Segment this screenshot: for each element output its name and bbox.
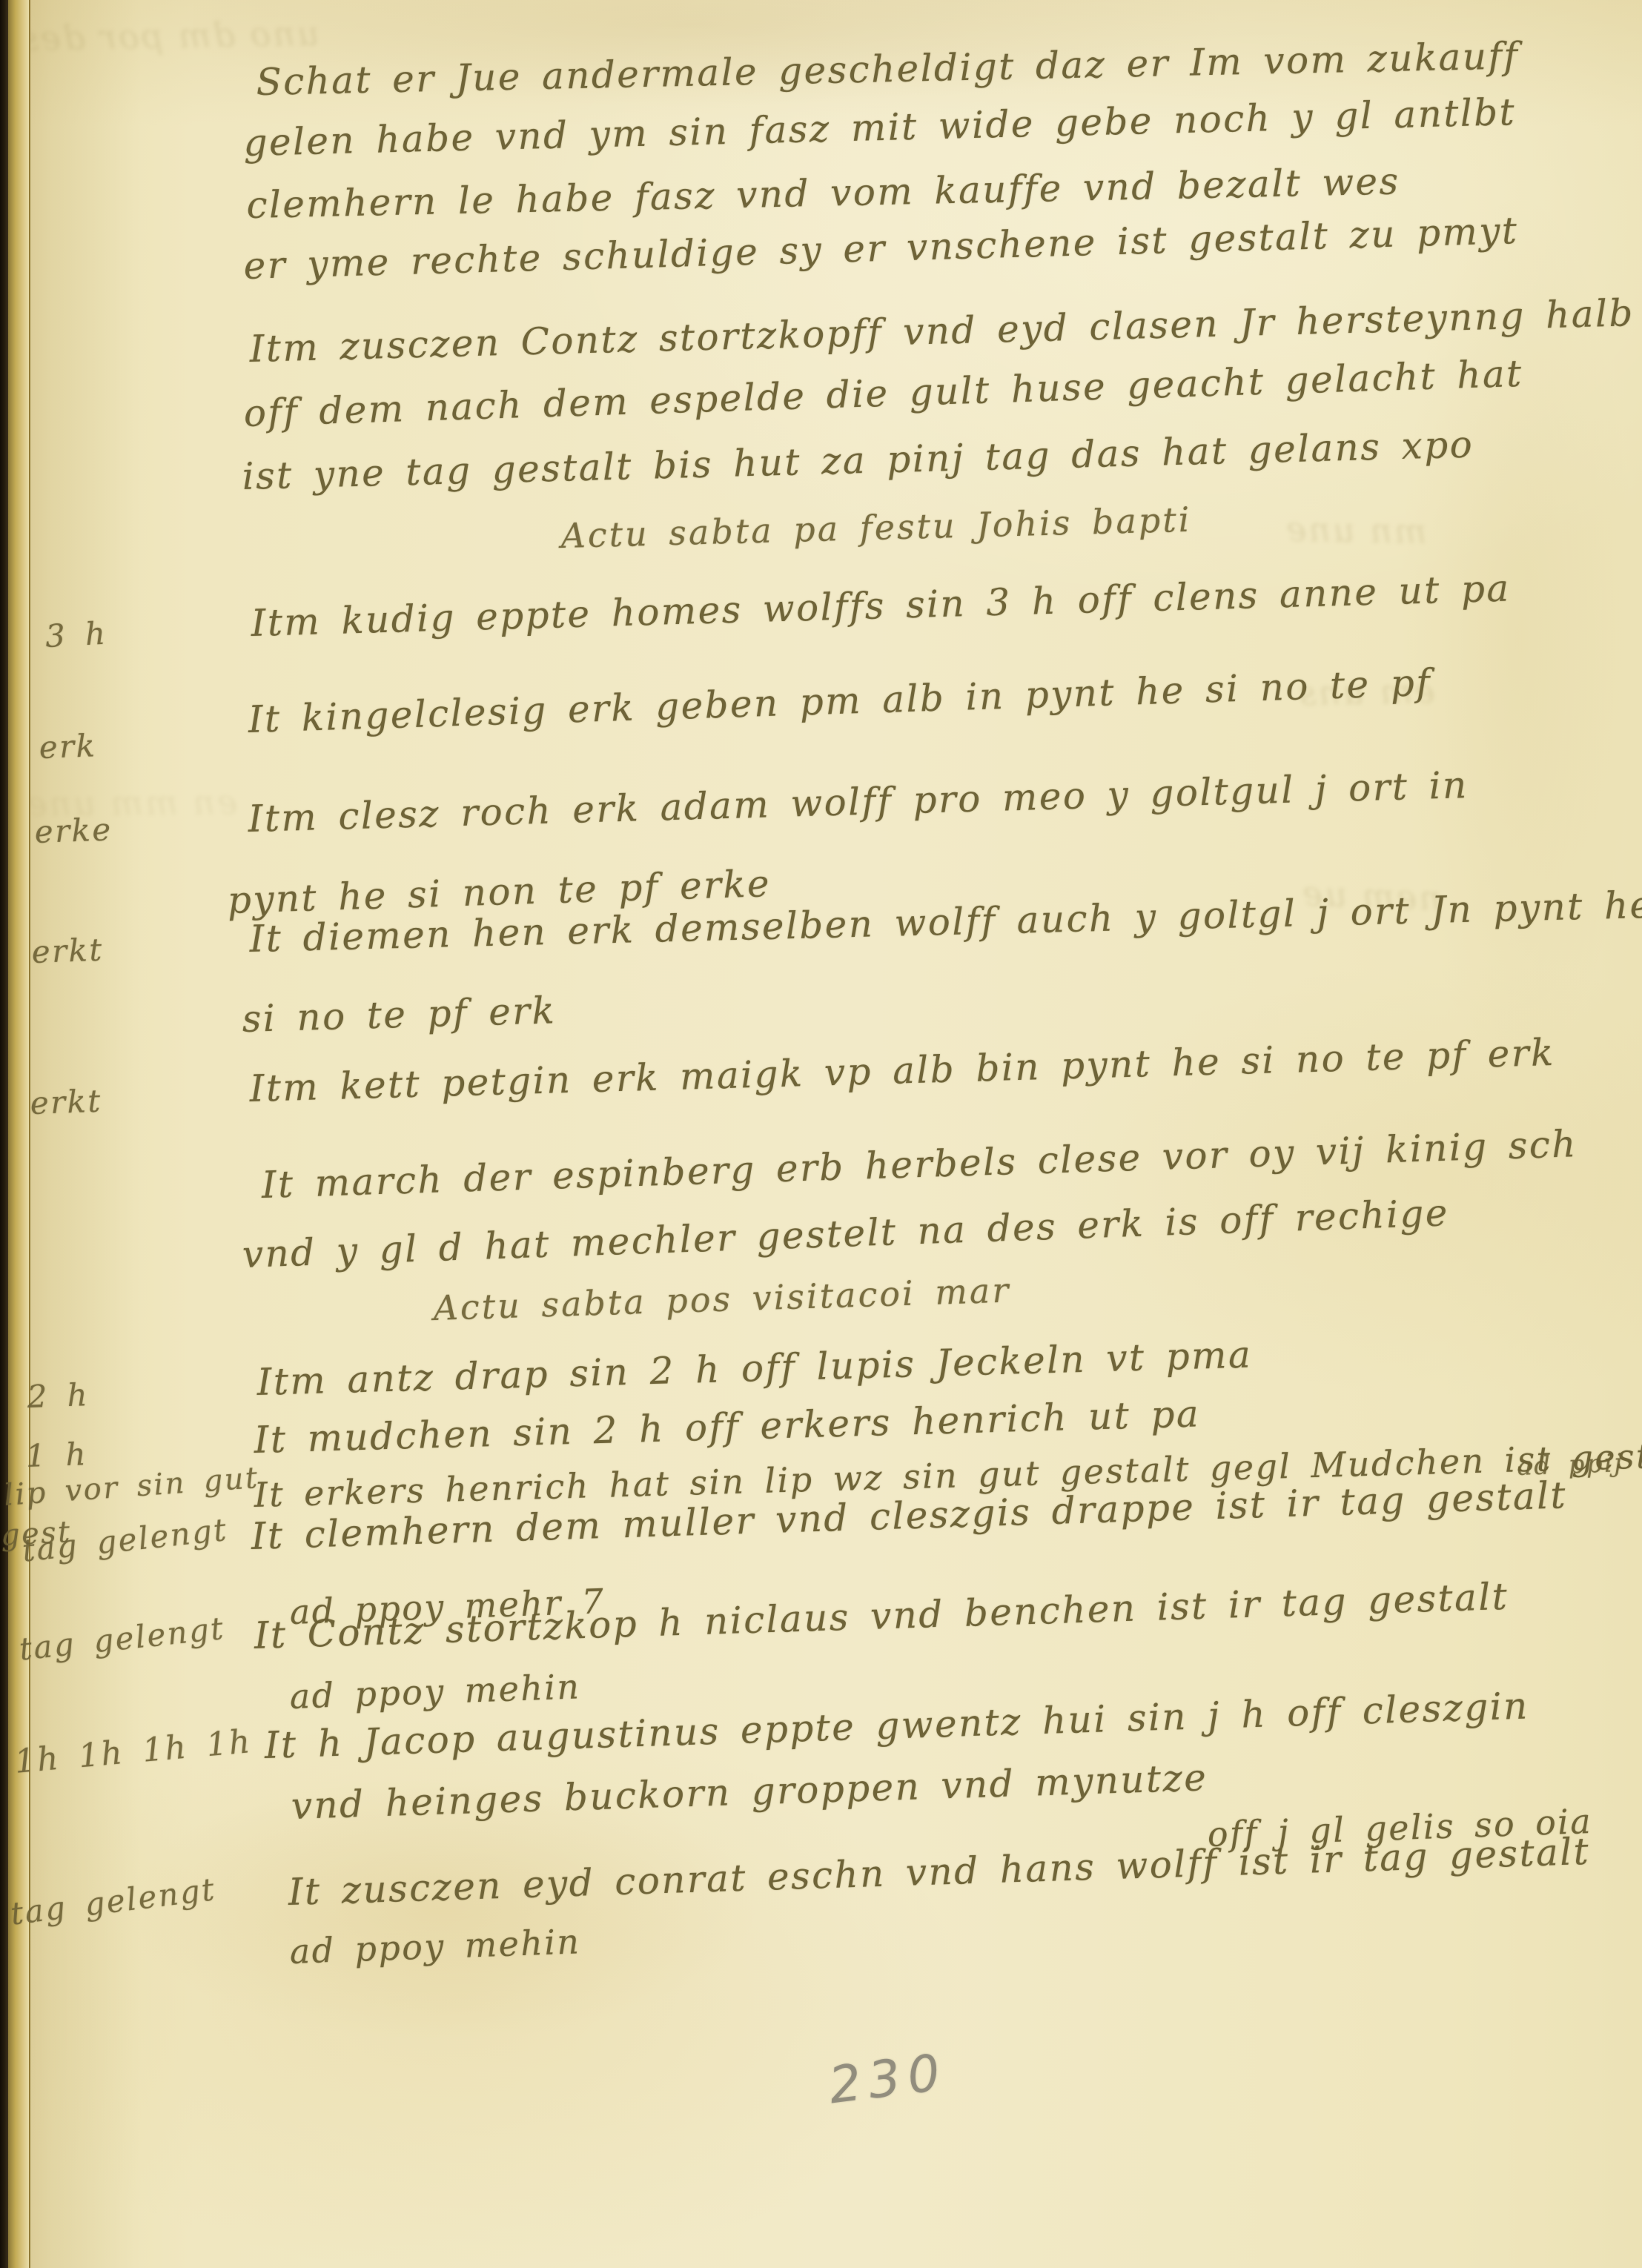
margin-note: erkt xyxy=(30,1086,102,1119)
entry-line: It march der espinberg erb herbels clese… xyxy=(261,1125,1578,1204)
entry-line: Itm kett petgin erk maigk vp alb bin pyn… xyxy=(249,1034,1555,1107)
entry-line: vnd y gl d hat mechler gestelt na des er… xyxy=(242,1194,1450,1273)
section-heading: Actu sabta pa festu Johis bapti xyxy=(560,503,1192,553)
entry-line: Itm antz drap sin 2 h off lupis Jeckeln … xyxy=(256,1336,1253,1401)
paragraph-line: off dem nach dem espelde die gult huse g… xyxy=(243,355,1523,432)
entry-line: It zusczen eyd conrat eschn vnd hans wol… xyxy=(288,1833,1591,1911)
entry-line: si no te pf erk xyxy=(242,992,557,1038)
entry-line: vnd heinges buckorn groppen vnd mynutze xyxy=(291,1759,1208,1825)
binding-edge xyxy=(0,0,8,2268)
margin-note: erk xyxy=(39,730,97,763)
paragraph-line: gelen habe vnd ym sin fasz mit wide gebe… xyxy=(243,93,1517,162)
paragraph-line: clemhern le habe fasz vnd vom kauffe vnd… xyxy=(246,162,1400,224)
entry-line: It mudchen sin 2 h off erkers henrich ut… xyxy=(254,1395,1201,1459)
entry-line: ad ppoy mehin xyxy=(289,1924,581,1969)
margin-note: erkt xyxy=(31,935,104,968)
entry-line: Itm kudig eppte homes wolffs sin 3 h off… xyxy=(251,570,1511,642)
margin-note: erke xyxy=(34,814,113,848)
paragraph-line: Schat er Jue andermale gescheldigt daz e… xyxy=(256,37,1520,101)
paragraph-line: ist yne tag gestalt bis hut za pinj tag … xyxy=(242,425,1474,494)
manuscript-page: uno dm por desto lehey mn une em uns nem… xyxy=(0,0,1642,2268)
margin-note: 3 h xyxy=(44,618,107,652)
section-heading: Actu sabta pos visitacoi mar xyxy=(433,1273,1011,1325)
show-through-text: mn une xyxy=(1284,509,1427,551)
margin-note: 2 h xyxy=(27,1379,90,1413)
margin-note: 1 h xyxy=(25,1439,88,1472)
entry-line: ad ppoy mehin xyxy=(289,1669,581,1714)
entry-line: Itm clesz roch erk adam wolff pro meo y … xyxy=(248,766,1469,838)
entry-line: It kingelclesig erk geben pm alb in pynt… xyxy=(248,664,1432,738)
folio-number: 230 xyxy=(826,2043,950,2116)
